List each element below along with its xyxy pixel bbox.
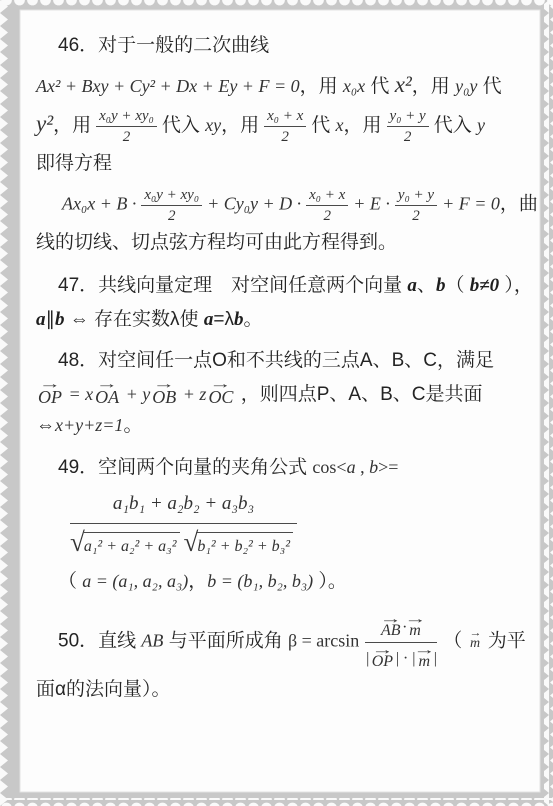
numerator: →AB·→m xyxy=(365,614,437,643)
vector-op: →OP xyxy=(38,379,62,407)
math-run: x₀x xyxy=(343,76,365,96)
vector-a: a xyxy=(36,309,46,330)
math-run: xy xyxy=(205,115,221,135)
vector-arrow-icon: → xyxy=(404,614,426,623)
vector-m: →m xyxy=(418,645,431,671)
perforation-bottom xyxy=(0,798,553,806)
cjk-run: 、 xyxy=(417,275,436,296)
cjk-run: ，用 xyxy=(221,115,259,136)
cjk-run: （ xyxy=(58,571,82,592)
math-run: AB xyxy=(141,630,163,650)
vector-ob: →OB xyxy=(152,379,176,407)
math-run: y² xyxy=(36,111,53,136)
math-run: + F = 0 xyxy=(442,193,500,213)
math-run: Ax₀x + B · xyxy=(62,193,136,213)
cjk-run: 。 xyxy=(123,415,142,436)
cjk-run: 即得方程 xyxy=(36,153,112,174)
perforation-left xyxy=(0,0,9,806)
fraction: x₀ + x2 xyxy=(264,107,306,146)
fraction: x₀ + x2 xyxy=(306,186,348,225)
vector-a: a xyxy=(407,275,417,296)
math-run: >= xyxy=(378,457,398,477)
cjk-run: ）。 xyxy=(313,571,347,592)
vector-arrow-icon: → xyxy=(87,379,128,388)
cjk-run: 代入 xyxy=(162,115,205,136)
math-run: y xyxy=(477,115,485,135)
vector-fraction: →AB·→m|→OP| · |→m| xyxy=(365,614,437,671)
cjk-run: ， xyxy=(188,571,207,592)
perforation-right xyxy=(544,0,553,806)
vector-arrow-icon: → xyxy=(469,630,481,637)
vector-b: b xyxy=(436,275,446,296)
vector-b: b xyxy=(55,309,65,330)
radical: √a₁² + a₂² + a₃² xyxy=(70,529,180,558)
math-run: Ax² + Bxy + Cy² + Dx + Ey + F = 0 xyxy=(36,76,300,96)
vector-arrow-icon: → xyxy=(374,614,407,623)
cjk-run: 。 xyxy=(243,309,262,330)
item-48-line-1: 48．对空间任一点O和不共线的三点A、B、C，满足 xyxy=(36,347,532,375)
cjk-run: 与平面所成角 xyxy=(163,630,288,651)
vector-oc: →OC xyxy=(208,379,233,407)
denominator: 2 xyxy=(387,127,429,146)
math-run: β = arcsin xyxy=(288,630,359,650)
vector-condition: b≠0 xyxy=(470,275,499,296)
math-run: x xyxy=(336,115,344,135)
denominator: 2 xyxy=(306,206,348,225)
numerator: x₀y + xy₀ xyxy=(96,107,157,127)
math-run: x² xyxy=(395,72,412,97)
perforation-top xyxy=(0,0,553,8)
fraction: y₀ + y2 xyxy=(395,186,437,225)
math-run: y₀y xyxy=(455,76,477,96)
denominator: 2 xyxy=(96,127,157,146)
numerator: y₀ + y xyxy=(395,186,437,206)
cjk-run: 代 xyxy=(477,76,501,97)
math-run: = (b₁, b₂, b₃) xyxy=(216,571,313,591)
fraction: y₀ + y2 xyxy=(387,107,429,146)
item-50-line-1: 50．直线 AB 与平面所成角 β = arcsin→AB·→m|→OP| · … xyxy=(36,614,532,671)
math-run: cos< xyxy=(312,457,346,477)
vector-arrow-icon: → xyxy=(144,379,185,388)
equals-lambda: =λ xyxy=(213,309,234,330)
item-46-line-5: 线的切线、切点弦方程均可由此方程得到。 xyxy=(36,229,532,257)
cjk-run: ）， xyxy=(499,275,533,296)
math-run: x+y+z=1 xyxy=(55,415,123,435)
item-49-display-fraction: a₁b₁ + a₂b₂ + a₃b₃ √a₁² + a₂² + a₃²√b₁² … xyxy=(36,490,532,559)
vector-arrow-icon: → xyxy=(413,645,435,654)
cjk-run: （ xyxy=(443,630,467,651)
denominator: √a₁² + a₂² + a₃²√b₁² + b₂² + b₃² xyxy=(70,524,297,558)
math-run: + E · xyxy=(353,193,390,213)
cjk-run: 面α的法向量）。 xyxy=(36,679,171,700)
cjk-run: 代 xyxy=(311,115,335,136)
cjk-run: ⇔ 存在实数λ使 xyxy=(65,309,204,330)
radicand: a₁² + a₂² + a₃² xyxy=(83,532,180,558)
parallel-symbol: ∥ xyxy=(46,309,56,330)
cjk-run: ，用 xyxy=(53,115,91,136)
cjk-run: 线的切线、切点弦方程均可由此方程得到。 xyxy=(36,232,397,253)
math-run: + Cy₀y + D · xyxy=(207,193,301,213)
numerator: x₀ + x xyxy=(264,107,306,127)
denominator: 2 xyxy=(141,206,202,225)
vector-arrow-icon: → xyxy=(364,645,400,654)
vector-m: →m xyxy=(409,614,422,640)
cjk-run: （ xyxy=(445,275,469,296)
vector-oa: →OA xyxy=(95,379,119,407)
vector-ab: →AB xyxy=(381,614,401,640)
big-fraction: a₁b₁ + a₂b₂ + a₃b₃ √a₁² + a₂² + a₃²√b₁² … xyxy=(70,490,297,559)
cjk-run: ，用 xyxy=(300,76,343,97)
radical: √b₁² + b₂² + b₃² xyxy=(184,529,294,558)
numerator: x₀ + x xyxy=(306,186,348,206)
item-46-display-formula: Ax₀x + B ·x₀y + xy₀2+ Cy₀y + D ·x₀ + x2+… xyxy=(36,186,532,225)
cjk-run: ，曲 xyxy=(500,193,538,214)
heading-text: 46．对于一般的二次曲线 xyxy=(58,35,269,56)
item-46-heading: 46．对于一般的二次曲线 xyxy=(36,32,532,60)
cjk-run: 代入 xyxy=(434,115,477,136)
item-48-line-3: ⇔x+y+z=1。 xyxy=(36,412,532,440)
vector-letters: m xyxy=(470,637,481,652)
cjk-run: 48．对空间任一点O和不共线的三点A、B、C，满足 xyxy=(58,350,494,371)
item-46-line-2: y²，用x₀y + xy₀2代入 xy，用x₀ + x2代 x，用y₀ + y2… xyxy=(36,107,532,146)
fraction: x₀y + xy₀2 xyxy=(141,186,202,225)
denominator: 2 xyxy=(395,206,437,225)
fraction: x₀y + xy₀2 xyxy=(96,107,157,146)
cjk-run: ，用 xyxy=(412,76,455,97)
item-49-line-3: （ a = (a₁, a₂, a₃)，b = (b₁, b₂, b₃) ）。 xyxy=(36,568,532,596)
cjk-run: 47．共线向量定理 对空间任意两个向量 xyxy=(58,275,407,296)
vector-m-small: →m xyxy=(470,630,481,652)
item-46-line-3: 即得方程 xyxy=(36,150,532,178)
document-content: 46．对于一般的二次曲线 Ax² + Bxy + Cy² + Dx + Ey +… xyxy=(20,10,540,792)
item-49-line-1: 49．空间两个向量的夹角公式 cos<a , b>= xyxy=(36,454,532,482)
cjk-run: 代 xyxy=(365,76,395,97)
cjk-run: 50．直线 xyxy=(58,630,141,651)
item-47-line-1: 47．共线向量定理 对空间任意两个向量 a、b（ b≠0 ）， xyxy=(36,272,532,300)
math-run: b xyxy=(207,571,216,591)
item-48-formula: →OP = x→OA + y→OB + z→OC ，则四点P、A、B、C是共面 xyxy=(36,379,532,409)
numerator: x₀y + xy₀ xyxy=(141,186,202,206)
radicand: b₁² + b₂² + b₃² xyxy=(196,532,293,558)
iff-symbol: ⇔ xyxy=(36,415,55,436)
numerator: y₀ + y xyxy=(387,107,429,127)
denominator: 2 xyxy=(264,127,306,146)
page: 46．对于一般的二次曲线 Ax² + Bxy + Cy² + Dx + Ey +… xyxy=(0,0,553,806)
cjk-run: 49．空间两个向量的夹角公式 xyxy=(58,457,312,478)
math-run: , xyxy=(356,457,370,477)
math-run: a xyxy=(347,457,356,477)
vector-arrow-icon: → xyxy=(200,379,243,388)
numerator: a₁b₁ + a₂b₂ + a₃b₃ xyxy=(70,490,297,525)
math-run: a xyxy=(82,571,91,591)
math-run: = (a₁, a₂, a₃) xyxy=(91,571,188,591)
vector-op: →OP xyxy=(372,645,393,671)
cjk-run: 为平 xyxy=(483,630,526,651)
vector-a: a xyxy=(204,309,214,330)
vector-arrow-icon: → xyxy=(30,379,71,388)
math-run: b xyxy=(369,457,378,477)
item-47-line-2: a∥b ⇔ 存在实数λ使 a=λb。 xyxy=(36,306,532,334)
cjk-run: ，则四点P、A、B、C是共面 xyxy=(235,384,482,405)
item-46-line-1: Ax² + Bxy + Cy² + Dx + Ey + F = 0，用 x₀x … xyxy=(36,68,532,101)
denominator: |→OP| · |→m| xyxy=(365,643,437,671)
item-50-line-2: 面α的法向量）。 xyxy=(36,676,532,704)
cjk-run: ，用 xyxy=(344,115,382,136)
